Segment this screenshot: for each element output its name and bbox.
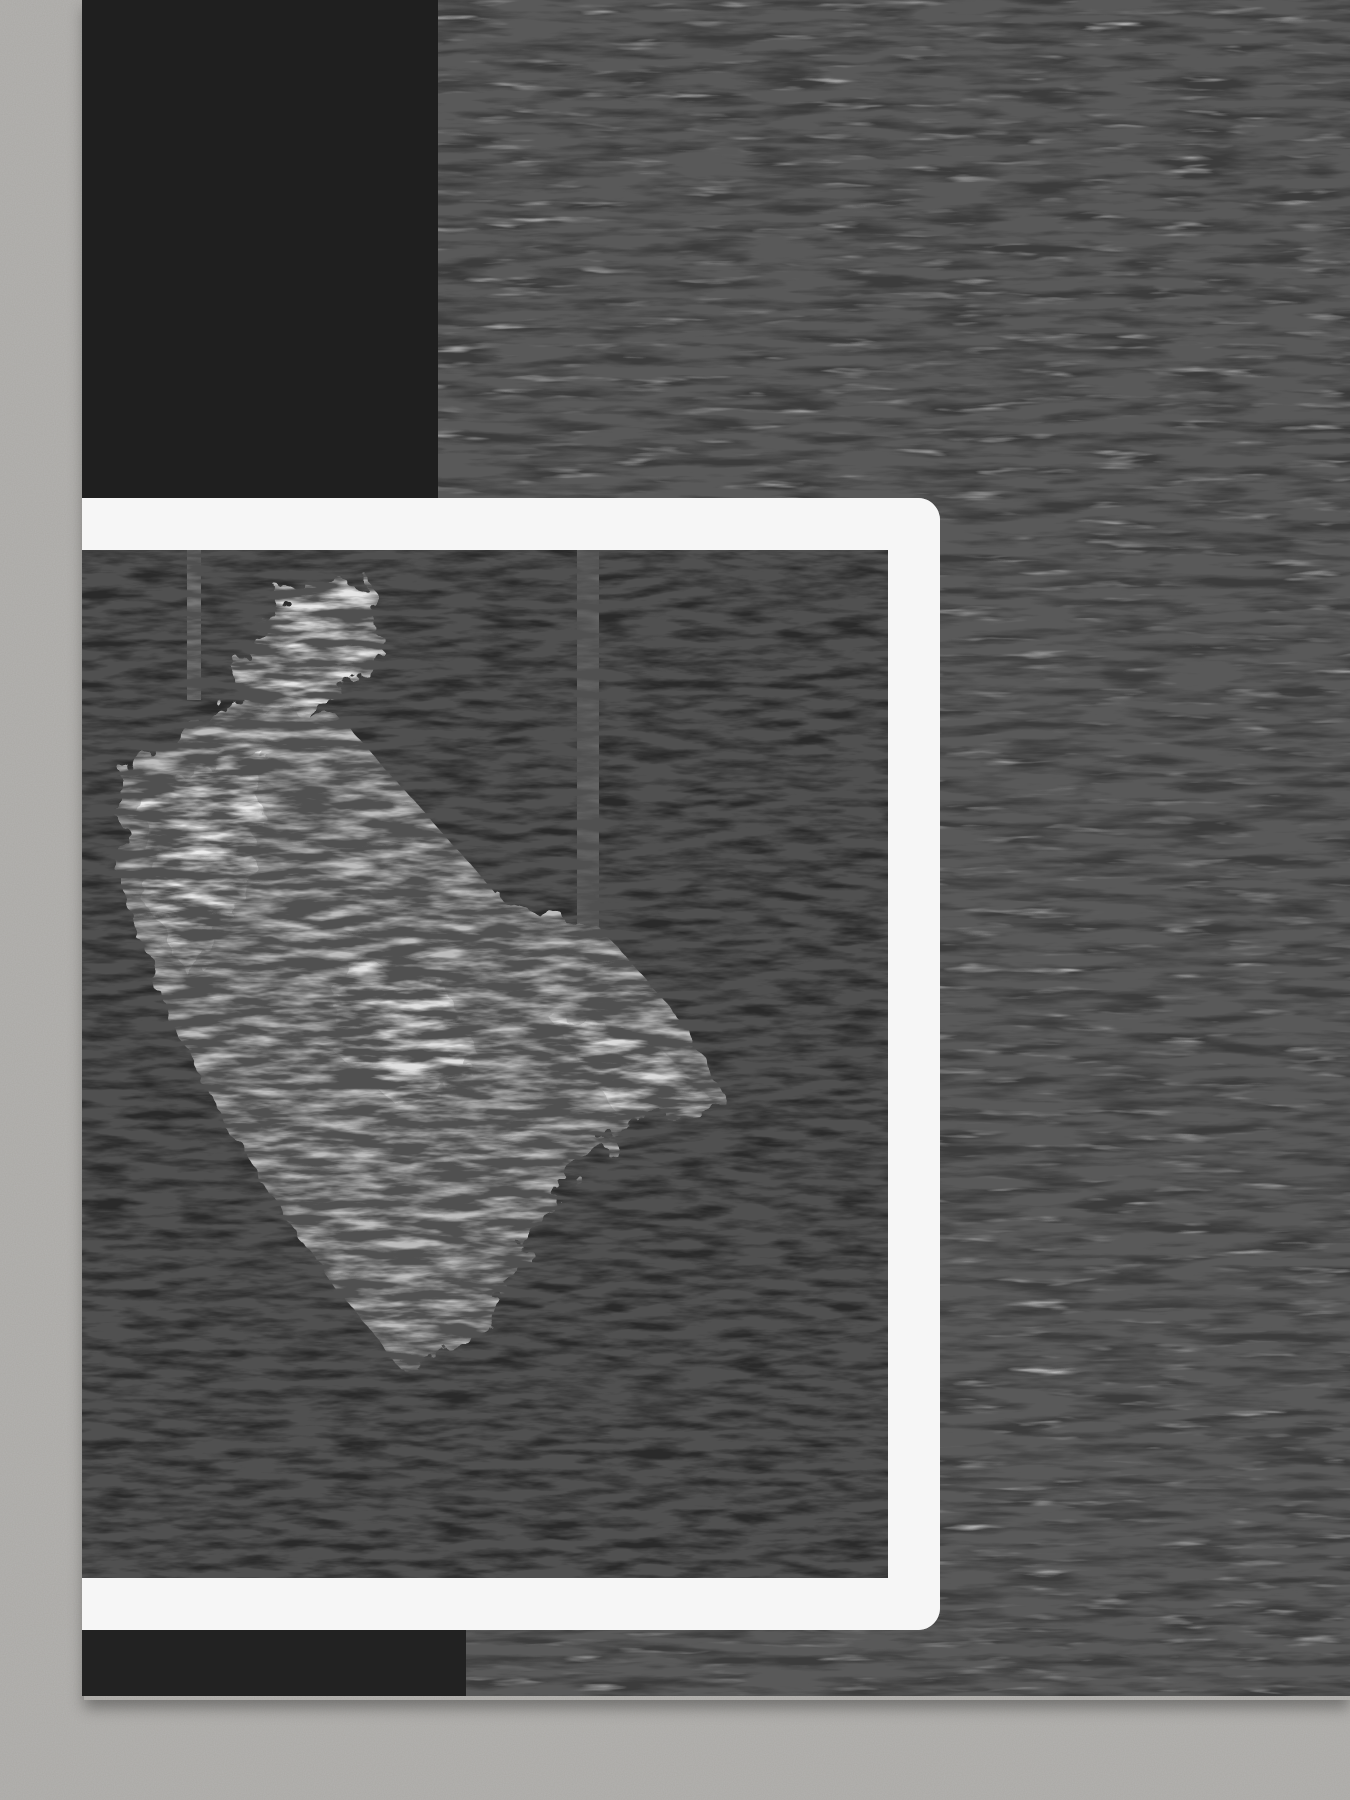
dark-column-top <box>82 0 438 500</box>
drawing-paper <box>82 0 1350 1696</box>
dark-column-bottom <box>82 1625 466 1696</box>
scene <box>0 0 1350 1800</box>
white-rounded-frame <box>82 498 940 1630</box>
